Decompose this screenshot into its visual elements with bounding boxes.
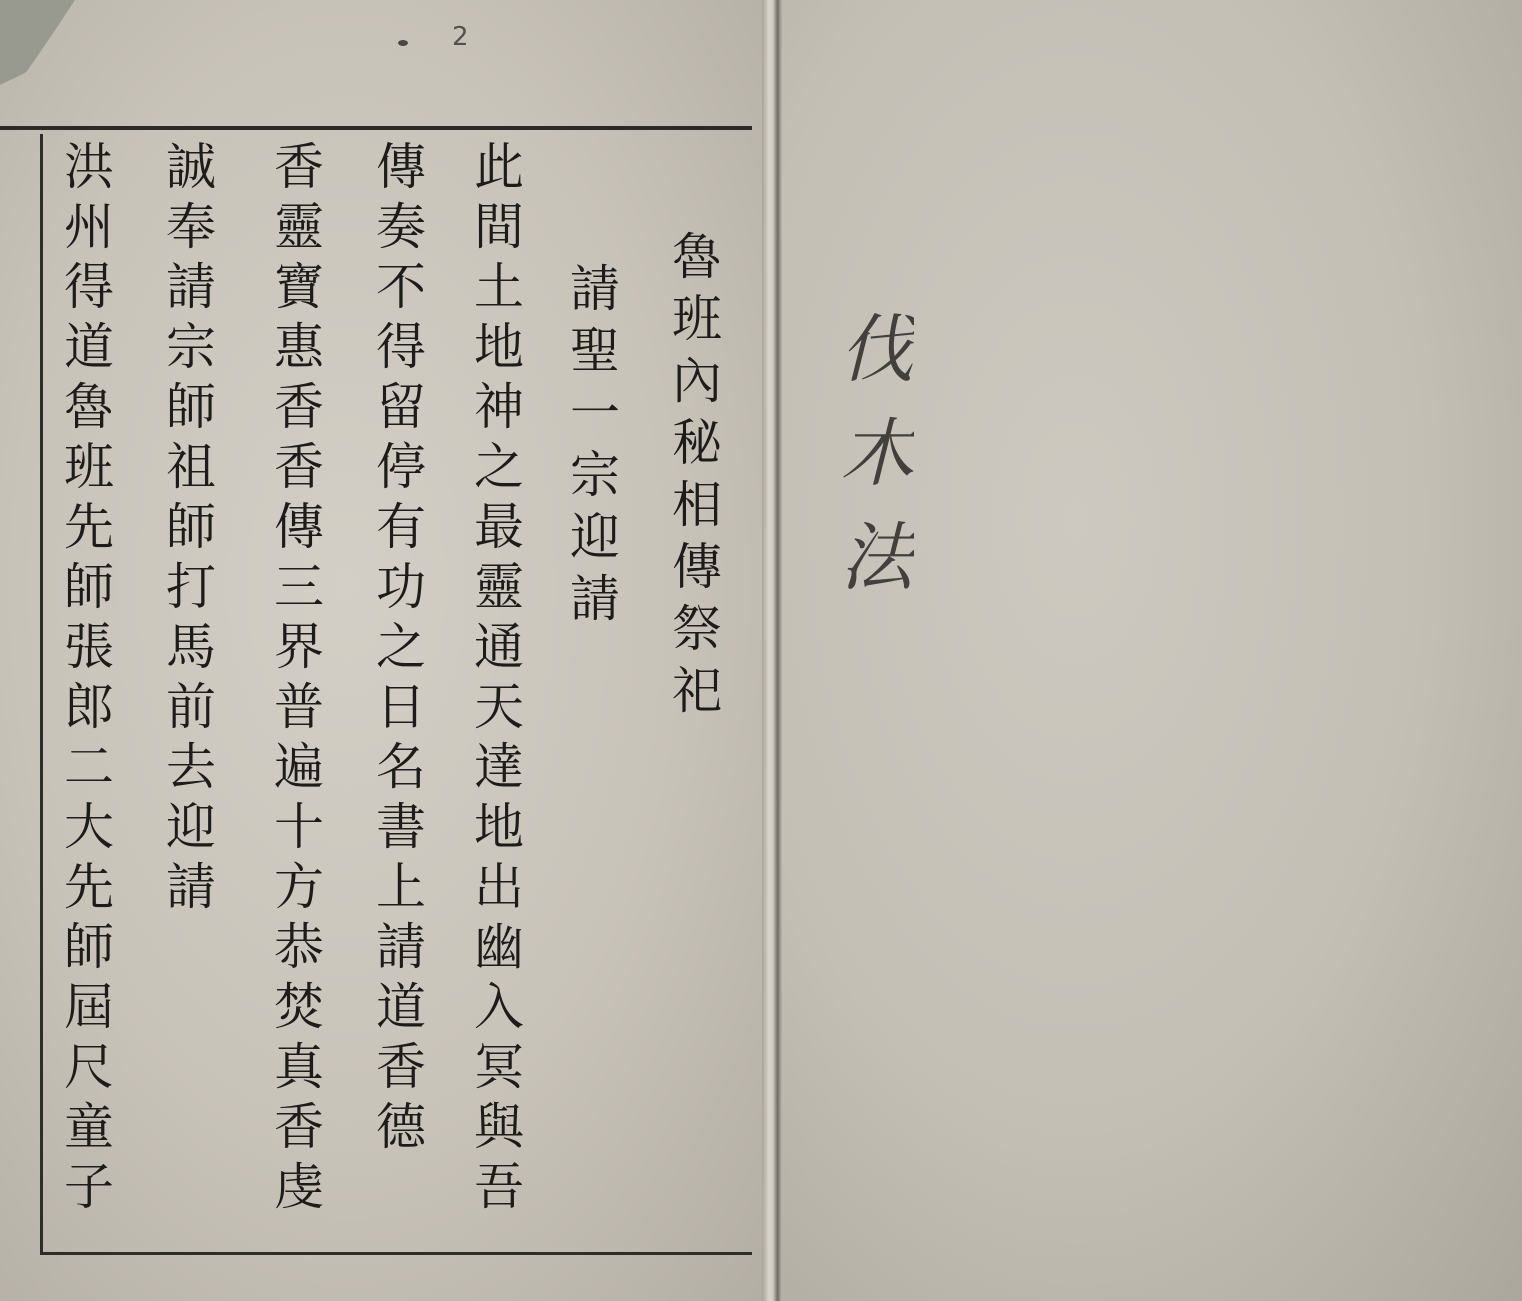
text-column-2: 請聖一宗迎請 <box>566 262 616 634</box>
right-page <box>778 0 1522 1301</box>
ink-dot <box>398 40 408 46</box>
column-text: 道香德 <box>368 980 426 1160</box>
frame-border-left <box>40 134 43 1254</box>
text-column-4: 傳奏不得留停有功之日名書上請道香德 <box>372 140 422 1160</box>
text-column-3: 此間土地神之最靈通天達地出幽入冥與吾 <box>470 140 520 1220</box>
text-column-5: 香靈寶惠香香傳三界普遍十方恭焚真香虔 <box>270 140 320 1220</box>
column-text: 誠奉請 <box>158 140 216 320</box>
column-text: 此間土地神之最靈通天達地出幽入冥與吾 <box>466 140 524 1220</box>
column-text: 請聖一宗 <box>562 262 620 510</box>
title-suffix: 祭祀 <box>664 602 722 726</box>
text-column-title: 魯班內秘相傳祭祀 <box>668 230 718 726</box>
column-text: 洪州得道魯班先師張郎二大先師屆尺童子 <box>56 140 114 1220</box>
page-number: 2 <box>452 22 469 52</box>
book-spine <box>762 0 782 1301</box>
title-text: 魯班內秘相傳 <box>664 230 722 602</box>
frame-border-bottom <box>40 1252 752 1255</box>
column-text: 香靈寶惠香香傳三界普遍十方恭焚真香虔 <box>266 140 324 1220</box>
column-text: 傳奏不得留停有功之日名書上請 <box>368 140 426 980</box>
text-column-7: 洪州得道魯班先師張郎二大先師屆尺童子 <box>60 140 110 1220</box>
column-text: 宗師祖師打馬前去迎請 <box>158 320 216 920</box>
column-text: 迎請 <box>562 510 620 634</box>
handwritten-cover-title: 伐木法 <box>818 310 924 622</box>
text-column-6: 誠奉請宗師祖師打馬前去迎請 <box>162 140 212 920</box>
frame-border-top <box>0 126 752 130</box>
